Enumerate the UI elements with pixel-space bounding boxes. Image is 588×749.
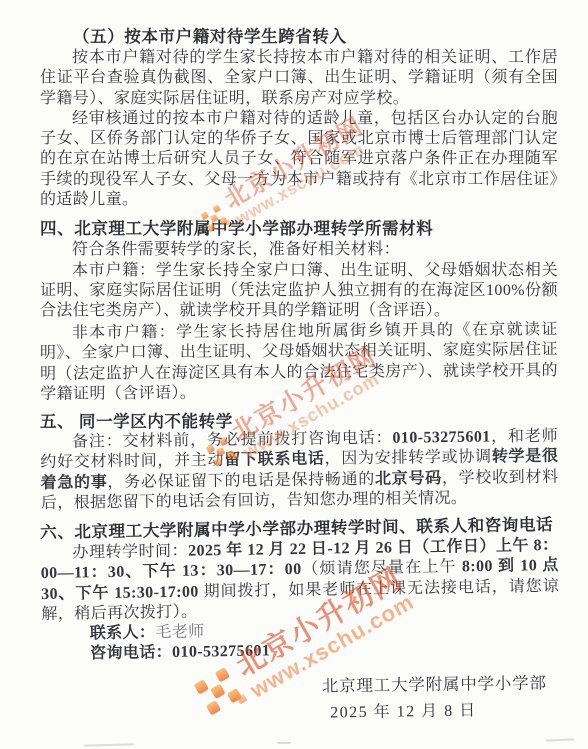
paragraph: 符合条件需要转学的家长，准备好相关材料： [40,240,558,260]
signature-block: 北京理工大学附属中学小学部 2025 年 12 月 8 日 [322,669,548,722]
text-run: 留下联系电话 [224,451,325,469]
section-heading: （五）按本市户籍对待学生跨省转入 [40,26,558,47]
text-run: ，务必保证留下的电话是保持畅通的 [107,470,375,490]
text-run: 010-53275601 [172,643,270,662]
text-run: 毛老师 [155,624,204,642]
paragraph: 办理转学时间：2025 年 12 月 22 日-12 月 26 日（工作日）上午… [40,536,559,625]
text-run: ，因为安排转学或协调 [324,449,491,468]
text-run: 咨询电话： [90,644,172,662]
text-run: 010-53275601 [392,428,490,446]
paragraph: 经审核通过的按本市户籍对待的适龄儿童，包括区台办认定的台胞子女、区侨务部门认定的… [40,109,558,210]
sections: （五）按本市户籍对待学生跨省转入按本市户籍对待的学生家长持按本市户籍对待的相关证… [40,26,558,666]
text-run: 本市户籍：学生家长持全家户口簿、出生证明、父母婚姻状态相关证明、家庭实际居住证明… [40,262,558,320]
text-run: 经审核通过的按本市户籍对待的适龄儿童，包括区台办认定的台胞子女、区侨务部门认定的… [40,110,558,208]
text-run: （烦请您尽量在上午 [301,559,462,579]
paragraph: 备注：交材料前，务必提前拨打咨询电话：010-53275601，和老师约好交材料… [40,426,559,514]
scanned-document-page: （五）按本市户籍对待学生跨省转入按本市户籍对待的学生家长持按本市户籍对待的相关证… [0,0,588,749]
signature-date: 2025 年 12 月 8 日 [322,696,547,722]
scan-artifact [546,739,574,742]
xschu-logo-icon [193,662,252,723]
text-run: 符合条件需要转学的家长，准备好相关材料： [72,241,400,258]
text-run: 联系人： [90,624,156,642]
text-run: 按本市户籍对待的学生家长持按本市户籍对待的相关证明、工作居住证平台查验真伪截图、… [40,49,558,107]
paragraph: 非本市户籍：学生家长持居住地所属街乡镇开具的《在京就读证明》、全家户口簿、出生证… [40,320,559,405]
signature-organization: 北京理工大学附属中学小学部 [322,669,547,696]
section: （五）按本市户籍对待学生跨省转入按本市户籍对待的学生家长持按本市户籍对待的相关证… [40,26,558,210]
text-run: 备注：交材料前，务必提前拨打咨询电话： [72,429,393,450]
document-body: （五）按本市户籍对待学生跨省转入按本市户籍对待的学生家长持按本市户籍对待的相关证… [40,26,558,666]
text-run: 办理转学时间： [72,543,188,562]
paragraph: 按本市户籍对待的学生家长持按本市户籍对待的相关证明、工作居住证平台查验真伪截图、… [40,48,558,109]
section: 六、北京理工大学附属中学小学部办理转学时间、联系人和咨询电话办理转学时间：202… [40,514,560,666]
section-heading: 四、北京理工大学附属中学小学部办理转学所需材料 [40,218,558,239]
section: 五、 同一学区内不能转学备注：交材料前，务必提前拨打咨询电话：010-53275… [40,411,558,514]
text-run: 北京号码 [375,469,442,487]
scan-artifact [84,743,134,746]
scan-artifact [277,742,291,744]
section: 四、北京理工大学附属中学小学部办理转学所需材料符合条件需要转学的家长，准备好相关… [40,218,558,402]
text-run: 非本市户籍：学生家长持居住地所属街乡镇开具的《在京就读证明》、全家户口簿、出生证… [40,321,558,403]
paragraph: 本市户籍：学生家长持全家户口簿、出生证明、父母婚姻状态相关证明、家庭实际居住证明… [40,261,558,322]
